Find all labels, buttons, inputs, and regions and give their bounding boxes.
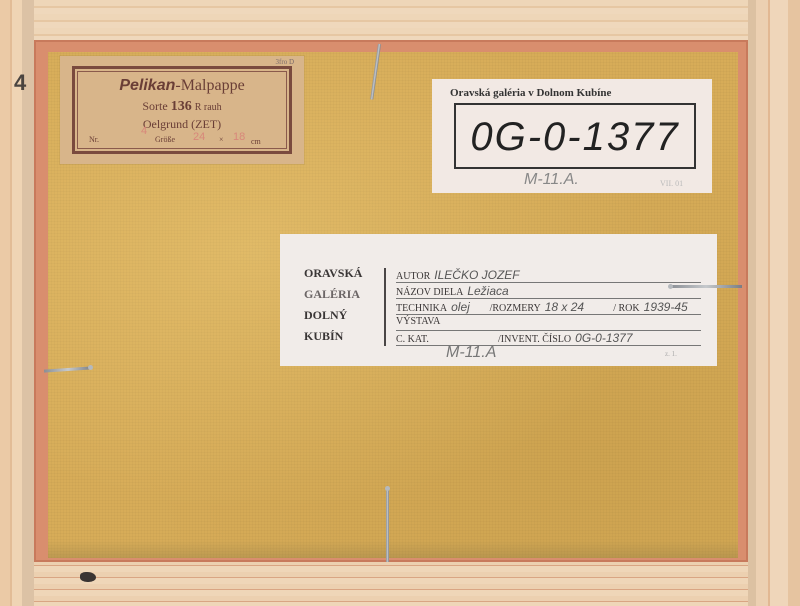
pelikan-label-border: Pelikan-Malpappe Sorte 136 R rauh Oelgru… (72, 66, 292, 154)
card-faint-note: z. 1. (665, 350, 677, 358)
pelikan-nr-label: Nr. (89, 135, 99, 144)
rozmery-value: 18 x 24 (545, 300, 611, 314)
inventory-number: 0G-0-1377 (456, 115, 694, 160)
retaining-nail-right (670, 285, 742, 288)
pelikan-label: 3fro D Pelikan-Malpappe Sorte 136 R rauh… (60, 56, 304, 164)
institution-line: KUBÍN (304, 329, 384, 350)
institution-line: GALÉRIA (304, 287, 384, 308)
institution-line: DOLNÝ (304, 308, 384, 329)
inventory-faint-note: VII. 01 (660, 179, 683, 188)
nazov-value: Ležiaca (467, 284, 508, 298)
institution-block: ORAVSKÁ GALÉRIA DOLNÝ KUBÍN (304, 266, 384, 350)
pelikan-size-height: 18 (233, 131, 245, 143)
institution-line: ORAVSKÁ (304, 266, 384, 287)
rok-value: 1939-45 (644, 300, 688, 314)
frame-right-rail (748, 0, 800, 606)
invent-value: 0G-0-1377 (575, 331, 632, 345)
inventory-number-box: 0G-0-1377 (454, 103, 696, 169)
catalog-card: ORAVSKÁ GALÉRIA DOLNÝ KUBÍN AUTORILEČKO … (280, 234, 717, 366)
pelikan-product: -Malpappe (175, 77, 244, 94)
pelikan-brand-line: Pelikan-Malpappe (75, 77, 289, 95)
pelikan-ground: Oelgrund (ZET) (75, 117, 289, 132)
pelikan-size-label: Größe (155, 135, 175, 144)
field-nazov: NÁZOV DIELALežiaca (396, 284, 701, 299)
pelikan-unit: cm (251, 137, 261, 146)
inventory-label: Oravská galéria v Dolnom Kubíne 0G-0-137… (432, 79, 712, 193)
pelikan-nr-value: 4 (141, 125, 147, 137)
board-stain (48, 540, 738, 558)
field-technika: TECHNIKAolej /ROZMERY18 x 24 / ROK1939-4… (396, 300, 701, 315)
pelikan-size-width: 24 (193, 131, 205, 143)
ink-stain (80, 572, 96, 582)
technika-value: olej (451, 300, 487, 314)
inventory-handwritten-code: M-11.A. (524, 171, 579, 189)
card-divider (384, 268, 386, 346)
pelikan-corner-note: 3fro D (276, 58, 294, 66)
retaining-nail-bottom (386, 488, 389, 562)
pelikan-brand: Pelikan (119, 77, 175, 94)
field-autor: AUTORILEČKO JOZEF (396, 268, 701, 283)
frame-top-rail (0, 0, 800, 42)
frame-bottom-rail (0, 558, 800, 606)
field-vystava: VÝSTAVA (396, 316, 701, 331)
gallery-name: Oravská galéria v Dolnom Kubíne (450, 87, 611, 99)
field-kat: C. KAT./INVENT. ČÍSLO0G-0-1377 (396, 331, 701, 346)
pelikan-size-x: × (219, 135, 224, 144)
card-handwritten-code: M-11.A (446, 344, 496, 362)
frame-corner-mark: 4 (14, 70, 26, 96)
autor-value: ILEČKO JOZEF (434, 268, 519, 282)
pelikan-sorte: Sorte 136 R rauh (75, 99, 289, 115)
